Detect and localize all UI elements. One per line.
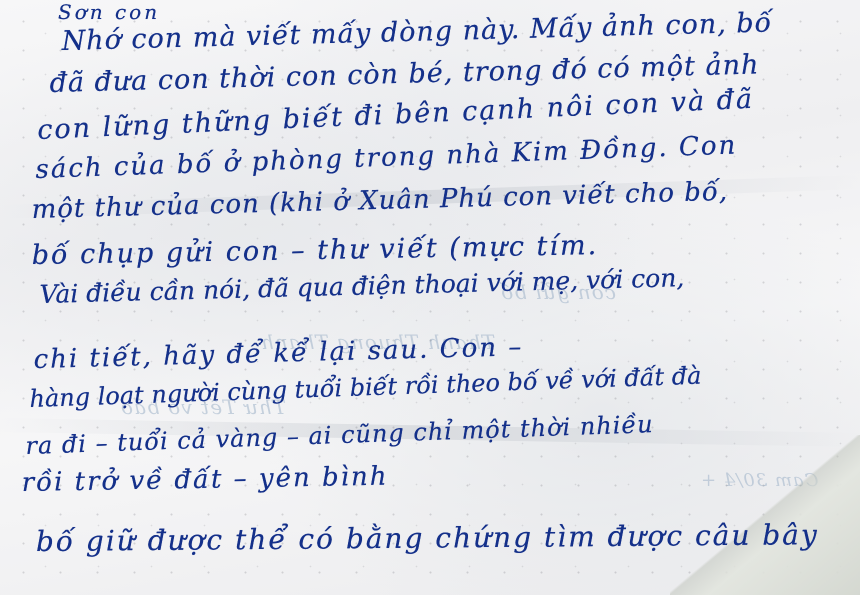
letter-line: bố giữ được thể có bằng chứng tìm được c… bbox=[36, 518, 819, 558]
letter-salutation: Sơn con bbox=[58, 0, 160, 24]
letter-line: rồi trở về đất – yên bình bbox=[21, 462, 388, 498]
folded-corner bbox=[670, 435, 860, 595]
scanned-letter-page: Thanh Thuong Thanh Cam 30/4 + Thư Tết vô… bbox=[0, 0, 860, 595]
